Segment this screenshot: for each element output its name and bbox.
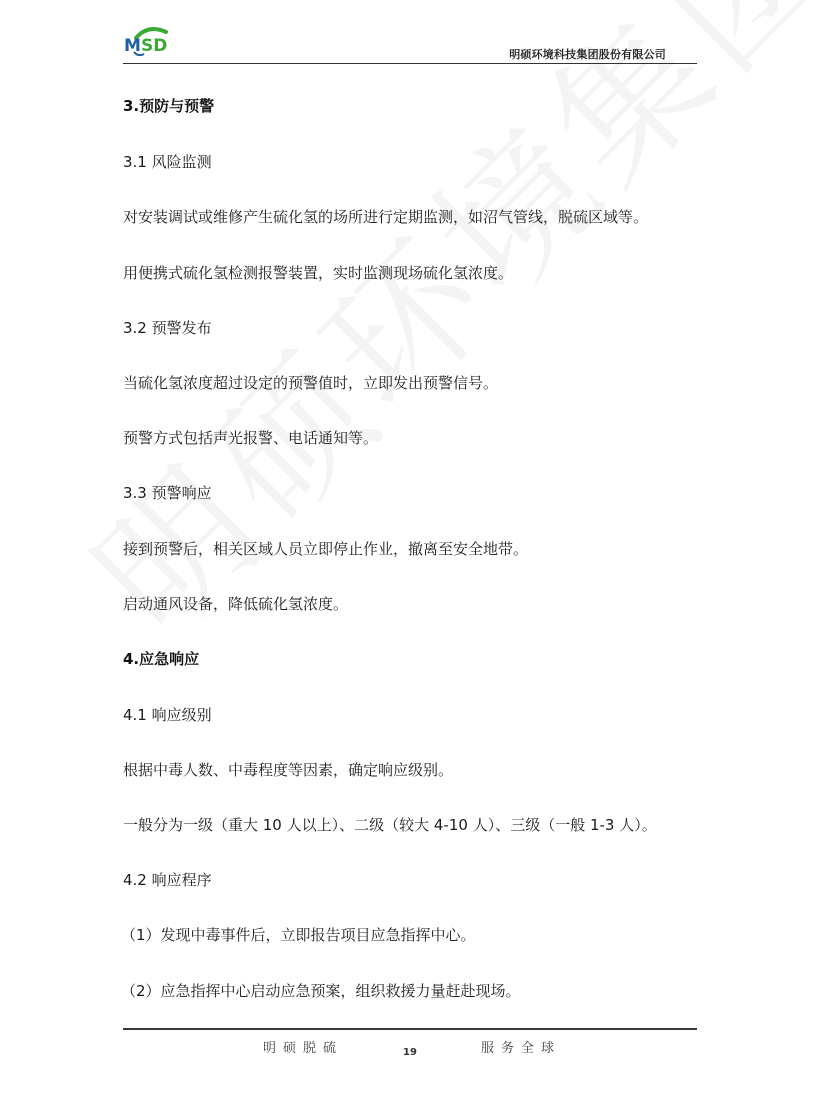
paragraph: 当硫化氢浓度超过设定的预警值时，立即发出预警信号。 [123, 373, 498, 393]
page-number: 19 [403, 1047, 417, 1058]
subsection-heading: 3.2 预警发布 [123, 318, 212, 338]
header-divider [123, 63, 697, 64]
subsection-heading: 4.1 响应级别 [123, 705, 212, 725]
footer-divider [123, 1028, 697, 1030]
msd-logo-icon: M SD [122, 26, 178, 58]
svg-text:M: M [124, 36, 141, 56]
footer-slogan-left: 明硕脱硫 [263, 1037, 343, 1056]
subsection-heading: 3.3 预警响应 [123, 483, 212, 503]
paragraph: 预警方式包括声光报警、电话通知等。 [123, 428, 378, 448]
list-item: （2）应急指挥中心启动应急预案，组织救援力量赶赴现场。 [121, 981, 521, 1001]
header-company-name: 明硕环境科技集团股份有限公司 [509, 46, 666, 62]
section-heading: 3.预防与预警 [123, 96, 214, 116]
paragraph: 对安装调试或维修产生硫化氢的场所进行定期监测，如沼气管线，脱硫区域等。 [123, 207, 648, 227]
paragraph: 接到预警后，相关区域人员立即停止作业，撤离至安全地带。 [123, 539, 528, 559]
paragraph: 用便携式硫化氢检测报警装置，实时监测现场硫化氢浓度。 [123, 263, 513, 283]
paragraph: 启动通风设备，降低硫化氢浓度。 [123, 594, 348, 614]
paragraph: 一般分为一级（重大 10 人以上）、二级（较大 4-10 人）、三级（一般 1-… [123, 815, 657, 835]
logo: M SD [122, 26, 178, 58]
svg-text:SD: SD [141, 36, 167, 56]
paragraph: 根据中毒人数、中毒程度等因素，确定响应级别。 [123, 760, 453, 780]
subsection-heading: 4.2 响应程序 [123, 870, 212, 890]
list-item: （1）发现中毒事件后，立即报告项目应急指挥中心。 [121, 925, 476, 945]
footer-slogan-right: 服务全球 [481, 1037, 561, 1056]
subsection-heading: 3.1 风险监测 [123, 152, 212, 172]
section-heading: 4.应急响应 [123, 649, 199, 669]
